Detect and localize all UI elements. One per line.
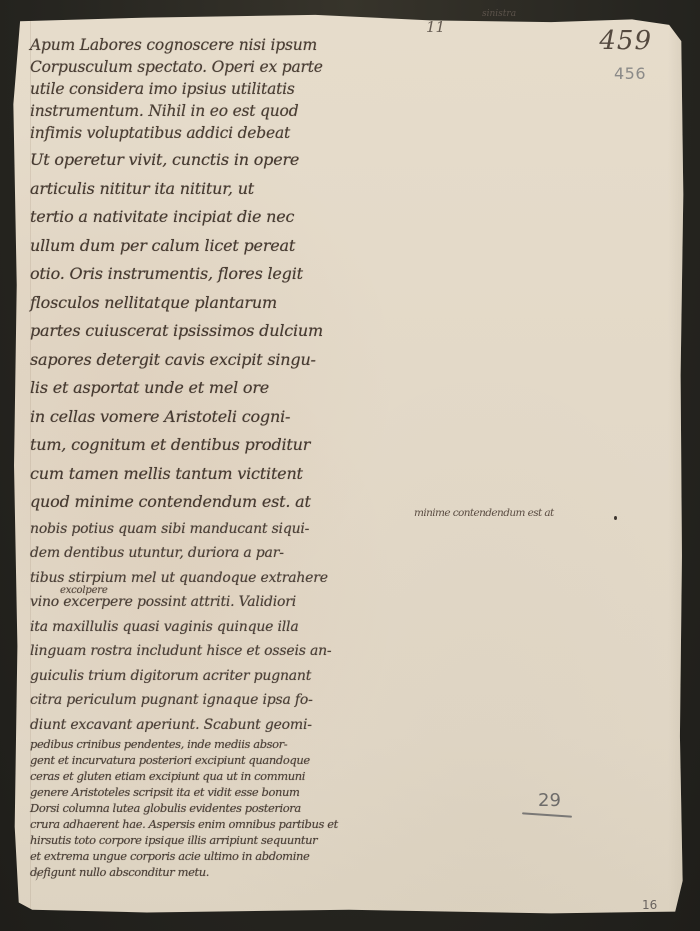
text-line: Dorsi columna lutea globulis evidentes p… (30, 801, 390, 817)
text-line: crura adhaerent hae. Aspersis enim omnib… (30, 817, 390, 833)
text-line: dem dentibus utuntur, duriora a par- (30, 545, 390, 570)
folio-number-pencil: 456 (614, 64, 646, 83)
folio-number: 459 (599, 26, 652, 56)
text-line: diunt excavant aperiunt. Scabunt geomi- (30, 717, 390, 737)
text-line: tertio a nativitate incipiat die nec (30, 207, 390, 236)
main-text-column: Apum Labores cognoscere nisi ipsum Corpu… (30, 36, 390, 881)
text-line: cum tamen mellis tantum victitent (30, 464, 390, 493)
text-line: tum, cognitum et dentibus proditur (30, 435, 390, 464)
top-note: sinistra (482, 9, 516, 19)
text-line: citra periculum pugnant ignaque ipsa fo- (30, 692, 390, 717)
text-line: sapores detergit cavis excipit singu- (30, 350, 390, 379)
text-line: genere Aristoteles scripsit ita et vidit… (30, 785, 390, 801)
text-line: guiculis trium digitorum acriter pugnant (30, 668, 390, 693)
text-line: utile considera imo ipsius utilitatis (30, 80, 390, 102)
interlinear-insert: excolpere (60, 585, 108, 596)
text-line: otio. Oris instrumentis, flores legit (30, 264, 390, 293)
corner-number: 16 (642, 898, 657, 912)
text-line: ceras et gluten etiam excipiunt qua ut i… (30, 769, 390, 785)
text-line: et extrema ungue corporis acie ultimo in… (30, 849, 390, 865)
stray-mark: ) (35, 872, 39, 882)
text-line: defigunt nullo absconditur metu. (30, 865, 390, 881)
text-line: lis et asportat unde et mel ore (30, 378, 390, 407)
text-line: flosculos nellitatque plantarum (30, 293, 390, 322)
text-line: in cellas vomere Aristoteli cogni- (30, 407, 390, 436)
margin-note: minime contendendum est at (414, 507, 554, 519)
text-line: Ut operetur vivit, cunctis in opere (30, 150, 390, 179)
text-line: linguam rostra includunt hisce et osseis… (30, 643, 390, 668)
text-line: Apum Labores cognoscere nisi ipsum (30, 36, 390, 58)
text-line: articulis nititur ita nititur, ut (30, 179, 390, 208)
text-line: excolpere vino excerpere possint attriti… (30, 594, 390, 619)
text-line-content: vino excerpere possint attriti. Validior… (30, 594, 296, 610)
pencil-number: 29 (538, 790, 561, 811)
text-line: pedibus crinibus pendentes, inde mediis … (30, 737, 390, 753)
text-line: gent et incurvatura posteriori excipiunt… (30, 753, 390, 769)
text-line: hirsutis toto corpore ipsique illis arri… (30, 833, 390, 849)
text-line: infimis voluptatibus addici debeat (30, 124, 390, 150)
text-line: partes cuiuscerat ipsissimos dulcium (30, 321, 390, 350)
text-line: nobis potius quam sibi manducant siqui- (30, 521, 390, 546)
quire-mark: 11 (426, 18, 445, 36)
text-line: ullum dum per calum licet pereat (30, 236, 390, 265)
text-line: quod minime contendendum est. at (30, 492, 390, 521)
text-line: Corpusculum spectato. Operi ex parte (30, 58, 390, 80)
text-line: instrumentum. Nihil in eo est quod (30, 102, 390, 124)
ink-dot (614, 516, 617, 520)
text-line: ita maxillulis quasi vaginis quinque ill… (30, 619, 390, 644)
